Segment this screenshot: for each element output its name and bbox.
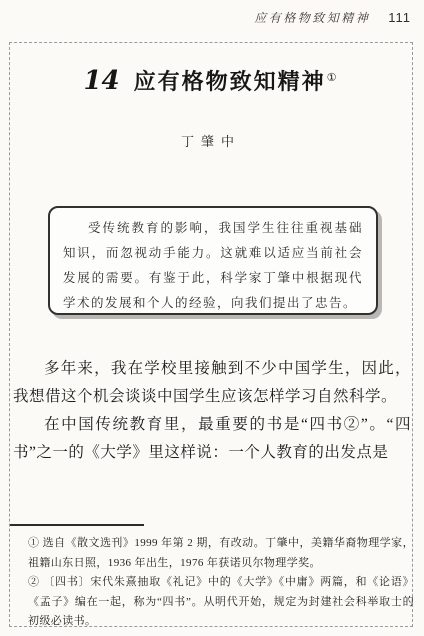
title-footnote-ref: ① [327, 72, 339, 84]
running-header: 应有格物致知精神 111 [254, 9, 411, 26]
scanned-textbook-page: { "header": { "chapter_title": "应有格物致知精神… [0, 0, 424, 636]
intro-box-text: 受传统教育的影响，我国学生往往重视基础知识，而忽视动手能力。这就难以适应当前社会… [63, 216, 363, 316]
page-number: 111 [388, 10, 411, 25]
content-frame: 14应有格物致知精神① 丁肇中 受传统教育的影响，我国学生往往重视基础知识，而忽… [9, 42, 413, 627]
footnote-separator-rule [10, 524, 144, 526]
footnote-1: ① 选自《散文选刊》1999 年第 2 期，有改动。丁肇中，美籍华裔物理学家，祖… [28, 534, 414, 573]
lesson-number: 14 [83, 66, 119, 96]
intro-box: 受传统教育的影响，我国学生往往重视基础知识，而忽视动手能力。这就难以适应当前社会… [48, 206, 378, 315]
footnote-2: ② 〔四书〕宋代朱熹抽取《礼记》中的《大学》《中庸》两篇，和《论语》《孟子》编在… [28, 573, 414, 632]
lesson-title-text: 应有格物致知精神 [134, 69, 326, 94]
paragraph-1: 多年来，我在学校里接触到不少中国学生，因此，我想借这个机会谈谈中国学生应该怎样学… [13, 355, 411, 411]
paragraph-2: 在中国传统教育里，最重要的书是“四书②”。“四书”之一的《大学》里这样说：一个人… [13, 411, 411, 467]
running-header-title: 应有格物致知精神 [254, 9, 370, 26]
lesson-title: 14应有格物致知精神① [10, 65, 412, 96]
author-name: 丁肇中 [10, 131, 412, 150]
footnotes: ① 选自《散文选刊》1999 年第 2 期，有改动。丁肇中，美籍华裔物理学家，祖… [28, 534, 414, 632]
body-text: 多年来，我在学校里接触到不少中国学生，因此，我想借这个机会谈谈中国学生应该怎样学… [13, 355, 411, 467]
